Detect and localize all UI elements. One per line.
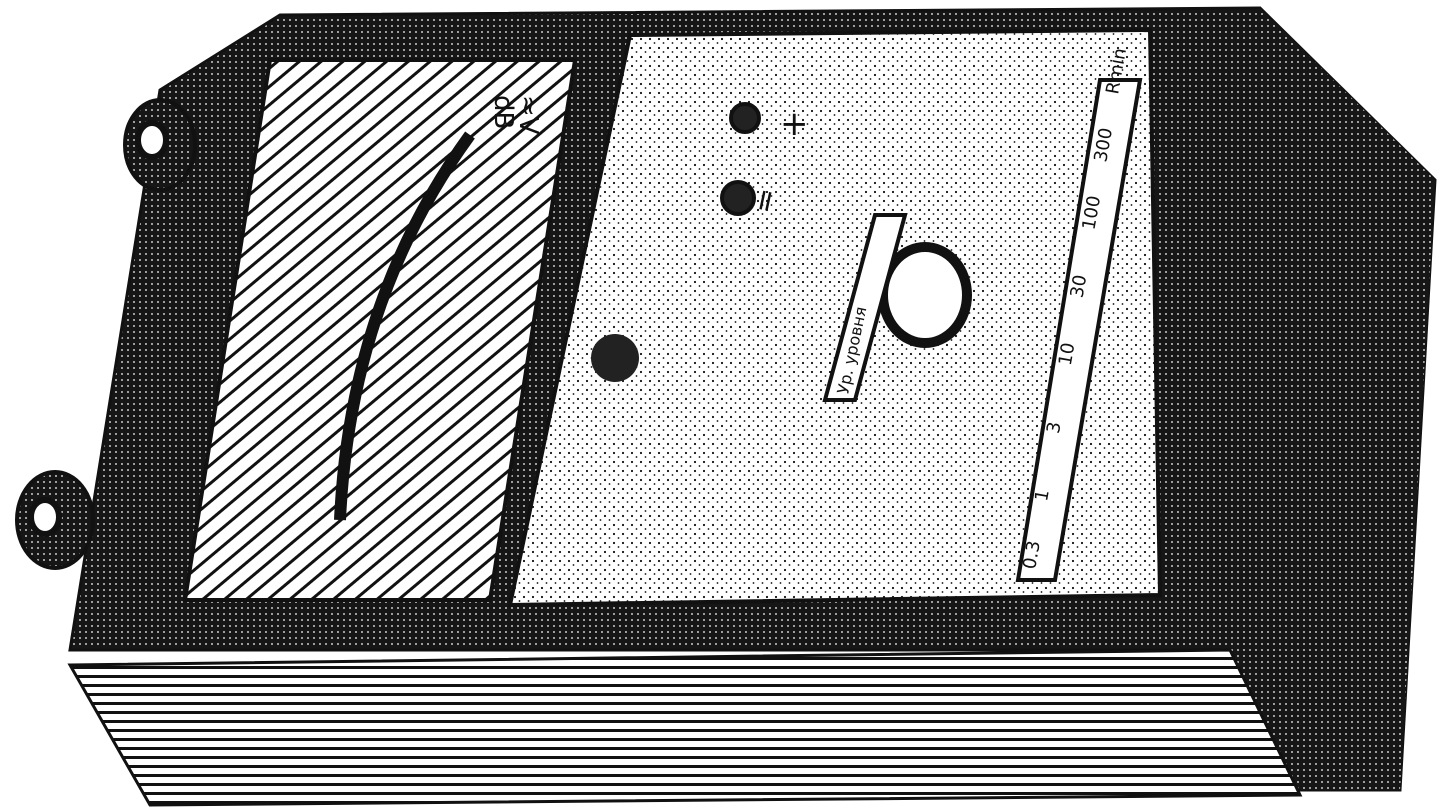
db-label: dB xyxy=(488,95,518,129)
instrument-illustration: ≈V dB Ур. уровня + = 0.3131030100300Rmin xyxy=(0,0,1446,811)
range-scale-label: 10 xyxy=(1055,341,1080,367)
plus-sign: + xyxy=(780,104,809,144)
range-scale-label: 30 xyxy=(1067,273,1092,299)
level-knob xyxy=(883,247,967,343)
binding-post-bottom xyxy=(17,472,93,568)
case-front xyxy=(70,650,1300,805)
binding-post-top xyxy=(125,100,195,190)
